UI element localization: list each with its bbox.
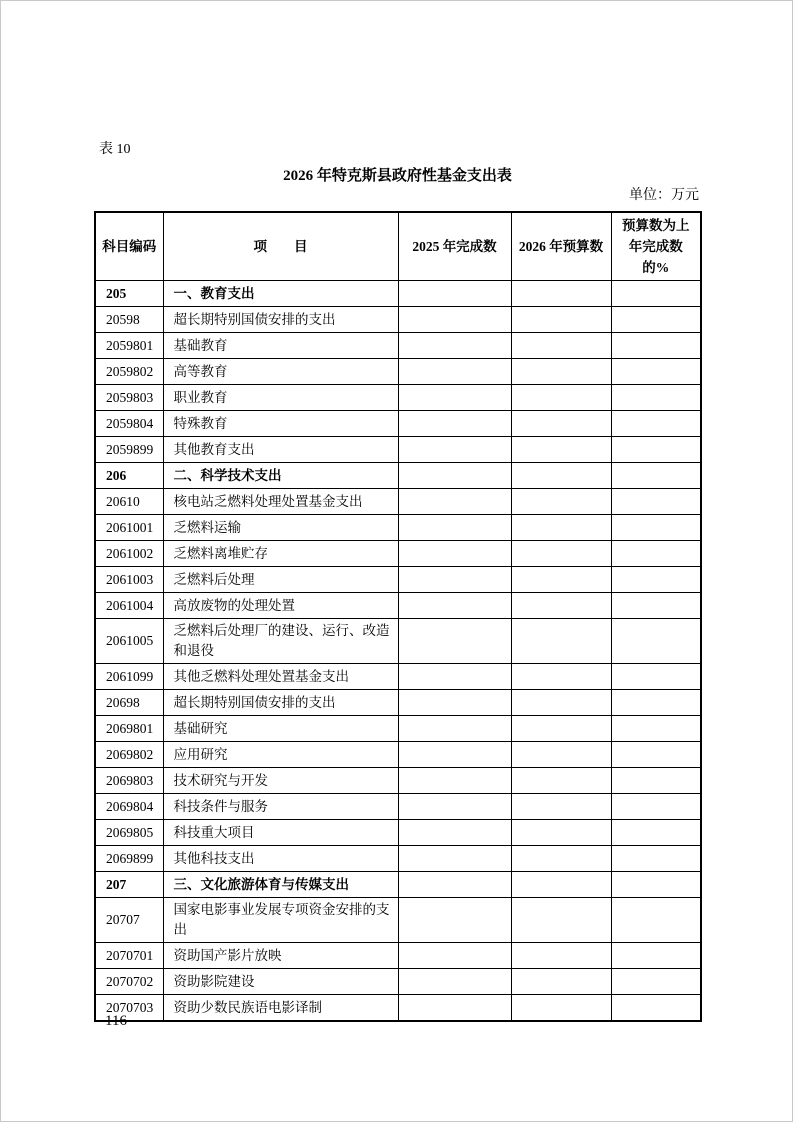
row-value-cell (611, 995, 701, 1022)
table-row: 2069805科技重大项目 (95, 820, 701, 846)
row-value-cell (611, 385, 701, 411)
row-value-cell (511, 995, 611, 1022)
row-value-cell (611, 489, 701, 515)
table-row: 2059803职业教育 (95, 385, 701, 411)
row-value-cell (511, 820, 611, 846)
table-row: 2070703资助少数民族语电影译制 (95, 995, 701, 1022)
row-item-name: 二、科学技术支出 (163, 463, 398, 489)
row-value-cell (611, 281, 701, 307)
page-number: 116 (105, 1011, 127, 1031)
document-page: 表 10 2026 年特克斯县政府性基金支出表 单位：万元 科目编码 项 目 2… (0, 0, 793, 1122)
row-value-cell (611, 872, 701, 898)
row-value-cell (511, 437, 611, 463)
page-title: 2026 年特克斯县政府性基金支出表 (1, 166, 793, 186)
table-row: 20698超长期特别国债安排的支出 (95, 690, 701, 716)
row-subject-code: 2069801 (95, 716, 163, 742)
row-value-cell (611, 846, 701, 872)
row-value-cell (398, 995, 511, 1022)
row-value-cell (511, 541, 611, 567)
row-value-cell (398, 619, 511, 664)
row-value-cell (511, 716, 611, 742)
row-value-cell (511, 943, 611, 969)
row-value-cell (511, 463, 611, 489)
row-value-cell (398, 463, 511, 489)
row-value-cell (398, 385, 511, 411)
row-value-cell (611, 664, 701, 690)
row-value-cell (511, 359, 611, 385)
row-item-name: 乏燃料运输 (163, 515, 398, 541)
table-row: 2069899其他科技支出 (95, 846, 701, 872)
row-value-cell (511, 969, 611, 995)
row-value-cell (511, 333, 611, 359)
row-item-name: 三、文化旅游体育与传媒支出 (163, 872, 398, 898)
table-row: 2061003乏燃料后处理 (95, 567, 701, 593)
row-value-cell (611, 943, 701, 969)
row-value-cell (611, 307, 701, 333)
row-subject-code: 20598 (95, 307, 163, 333)
row-value-cell (611, 463, 701, 489)
row-value-cell (611, 794, 701, 820)
row-subject-code: 2069803 (95, 768, 163, 794)
table-row: 20707国家电影事业发展专项资金安排的支出 (95, 898, 701, 943)
column-header-item: 项 目 (163, 212, 398, 281)
row-subject-code: 2070702 (95, 969, 163, 995)
row-item-name: 超长期特别国债安排的支出 (163, 307, 398, 333)
row-item-name: 高等教育 (163, 359, 398, 385)
row-item-name: 资助少数民族语电影译制 (163, 995, 398, 1022)
row-value-cell (398, 943, 511, 969)
row-subject-code: 2069804 (95, 794, 163, 820)
table-row: 207三、文化旅游体育与传媒支出 (95, 872, 701, 898)
row-value-cell (611, 742, 701, 768)
row-value-cell (511, 411, 611, 437)
row-item-name: 科技重大项目 (163, 820, 398, 846)
row-item-name: 国家电影事业发展专项资金安排的支出 (163, 898, 398, 943)
row-value-cell (398, 969, 511, 995)
row-value-cell (611, 411, 701, 437)
table-row: 2061099其他乏燃料处理处置基金支出 (95, 664, 701, 690)
row-value-cell (611, 690, 701, 716)
row-item-name: 乏燃料后处理厂的建设、运行、改造和退役 (163, 619, 398, 664)
row-item-name: 基础教育 (163, 333, 398, 359)
row-value-cell (398, 281, 511, 307)
row-subject-code: 2069899 (95, 846, 163, 872)
row-subject-code: 2070701 (95, 943, 163, 969)
row-value-cell (511, 794, 611, 820)
row-value-cell (511, 898, 611, 943)
row-item-name: 其他乏燃料处理处置基金支出 (163, 664, 398, 690)
row-value-cell (398, 333, 511, 359)
unit-note: 单位：万元 (629, 187, 699, 205)
row-value-cell (511, 664, 611, 690)
row-value-cell (398, 515, 511, 541)
row-value-cell (398, 768, 511, 794)
row-value-cell (611, 333, 701, 359)
row-subject-code: 20610 (95, 489, 163, 515)
row-subject-code: 2061003 (95, 567, 163, 593)
row-value-cell (611, 898, 701, 943)
row-value-cell (511, 489, 611, 515)
row-value-cell (511, 385, 611, 411)
column-header-2025-actual: 2025 年完成数 (398, 212, 511, 281)
row-value-cell (398, 489, 511, 515)
row-value-cell (611, 820, 701, 846)
row-value-cell (511, 872, 611, 898)
table-header-row: 科目编码 项 目 2025 年完成数 2026 年预算数 预算数为上 年完成数 … (95, 212, 701, 281)
row-value-cell (398, 567, 511, 593)
row-item-name: 乏燃料离堆贮存 (163, 541, 398, 567)
row-value-cell (511, 593, 611, 619)
row-subject-code: 2059802 (95, 359, 163, 385)
row-value-cell (611, 541, 701, 567)
column-header-percent-of-prior-year: 预算数为上 年完成数 的% (611, 212, 701, 281)
table-row: 2061005乏燃料后处理厂的建设、运行、改造和退役 (95, 619, 701, 664)
row-item-name: 特殊教育 (163, 411, 398, 437)
row-item-name: 资助国产影片放映 (163, 943, 398, 969)
row-value-cell (398, 898, 511, 943)
row-value-cell (398, 541, 511, 567)
table-row: 2069802应用研究 (95, 742, 701, 768)
table-label: 表 10 (99, 141, 131, 159)
row-item-name: 基础研究 (163, 716, 398, 742)
row-item-name: 核电站乏燃料处理处置基金支出 (163, 489, 398, 515)
table-body: 205一、教育支出20598超长期特别国债安排的支出2059801基础教育205… (95, 281, 701, 1022)
row-subject-code: 206 (95, 463, 163, 489)
row-value-cell (611, 515, 701, 541)
row-value-cell (398, 664, 511, 690)
table-row: 2061002乏燃料离堆贮存 (95, 541, 701, 567)
row-value-cell (611, 716, 701, 742)
row-value-cell (611, 359, 701, 385)
column-header-2026-budget: 2026 年预算数 (511, 212, 611, 281)
table-row: 2070701资助国产影片放映 (95, 943, 701, 969)
row-value-cell (398, 411, 511, 437)
row-subject-code: 2059803 (95, 385, 163, 411)
table-row: 2069801基础研究 (95, 716, 701, 742)
row-value-cell (511, 846, 611, 872)
table-row: 2070702资助影院建设 (95, 969, 701, 995)
row-value-cell (398, 872, 511, 898)
row-value-cell (611, 768, 701, 794)
budget-table: 科目编码 项 目 2025 年完成数 2026 年预算数 预算数为上 年完成数 … (94, 211, 702, 1022)
row-item-name: 资助影院建设 (163, 969, 398, 995)
row-value-cell (511, 281, 611, 307)
row-value-cell (398, 794, 511, 820)
row-value-cell (511, 619, 611, 664)
table-row: 2069803技术研究与开发 (95, 768, 701, 794)
row-item-name: 一、教育支出 (163, 281, 398, 307)
row-subject-code: 2059899 (95, 437, 163, 463)
row-value-cell (511, 742, 611, 768)
row-value-cell (398, 593, 511, 619)
row-subject-code: 2059804 (95, 411, 163, 437)
row-item-name: 职业教育 (163, 385, 398, 411)
row-subject-code: 2061005 (95, 619, 163, 664)
table-row: 2059802高等教育 (95, 359, 701, 385)
row-subject-code: 207 (95, 872, 163, 898)
table-row: 2061004高放废物的处理处置 (95, 593, 701, 619)
row-item-name: 乏燃料后处理 (163, 567, 398, 593)
row-item-name: 其他科技支出 (163, 846, 398, 872)
row-value-cell (398, 846, 511, 872)
row-value-cell (511, 690, 611, 716)
table-row: 2059801基础教育 (95, 333, 701, 359)
table-row: 2059899其他教育支出 (95, 437, 701, 463)
row-subject-code: 2069805 (95, 820, 163, 846)
column-header-subject-code: 科目编码 (95, 212, 163, 281)
row-value-cell (398, 437, 511, 463)
table-row: 20598超长期特别国债安排的支出 (95, 307, 701, 333)
table-row: 206二、科学技术支出 (95, 463, 701, 489)
row-item-name: 其他教育支出 (163, 437, 398, 463)
row-value-cell (511, 307, 611, 333)
row-item-name: 高放废物的处理处置 (163, 593, 398, 619)
row-value-cell (611, 437, 701, 463)
row-value-cell (611, 567, 701, 593)
row-subject-code: 2061001 (95, 515, 163, 541)
row-subject-code: 2061002 (95, 541, 163, 567)
row-item-name: 应用研究 (163, 742, 398, 768)
row-subject-code: 20698 (95, 690, 163, 716)
row-subject-code: 2069802 (95, 742, 163, 768)
row-value-cell (398, 820, 511, 846)
row-item-name: 超长期特别国债安排的支出 (163, 690, 398, 716)
row-value-cell (511, 567, 611, 593)
table-row: 2059804特殊教育 (95, 411, 701, 437)
row-value-cell (398, 307, 511, 333)
row-value-cell (511, 768, 611, 794)
table-row: 2069804科技条件与服务 (95, 794, 701, 820)
table-row: 205一、教育支出 (95, 281, 701, 307)
row-value-cell (611, 619, 701, 664)
row-value-cell (398, 359, 511, 385)
table-row: 2061001乏燃料运输 (95, 515, 701, 541)
row-item-name: 科技条件与服务 (163, 794, 398, 820)
row-value-cell (611, 969, 701, 995)
row-value-cell (611, 593, 701, 619)
row-subject-code: 205 (95, 281, 163, 307)
row-subject-code: 2059801 (95, 333, 163, 359)
row-subject-code: 2061004 (95, 593, 163, 619)
row-value-cell (398, 716, 511, 742)
row-subject-code: 2061099 (95, 664, 163, 690)
row-value-cell (511, 515, 611, 541)
row-value-cell (398, 690, 511, 716)
table-row: 20610核电站乏燃料处理处置基金支出 (95, 489, 701, 515)
row-value-cell (398, 742, 511, 768)
row-item-name: 技术研究与开发 (163, 768, 398, 794)
row-subject-code: 20707 (95, 898, 163, 943)
